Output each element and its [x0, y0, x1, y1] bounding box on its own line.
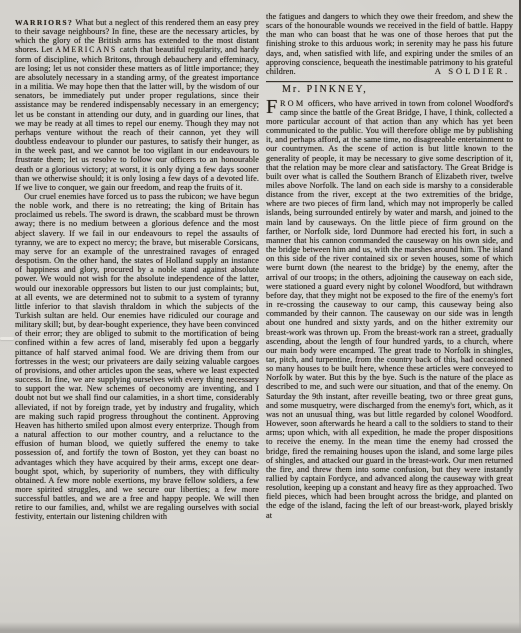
paragraph-rubicon: Our cruel enemies have forced us to pass…: [15, 192, 259, 522]
paragraph-great-bridge-account: FROM officers, who have arrived in town …: [266, 99, 513, 520]
page-bottom-edge-shadow: [0, 622, 521, 633]
paragraph-warriors: WARRIORS? What but a neglect of this ren…: [15, 18, 259, 192]
from-lead-word: ROM: [280, 99, 306, 108]
warriors-lead-word: WARRIORS?: [15, 18, 73, 27]
paragraph-text: catch that beautiful regularity, and har…: [15, 45, 259, 191]
paper-scratch-mark: [0, 337, 14, 340]
newspaper-page: WARRIORS? What but a neglect of this ren…: [0, 0, 521, 633]
paragraph-text: officers, who have arrived in town from …: [266, 99, 513, 520]
drop-cap-letter: F: [266, 99, 280, 116]
left-column: WARRIORS? What but a neglect of this ren…: [15, 18, 259, 522]
section-divider-rule: [266, 81, 513, 82]
right-column: the fatigues and dangers to which they o…: [266, 12, 513, 520]
americans-word: AMERICANS: [55, 45, 117, 54]
signature-a-soldier: A SOLDIER.: [266, 67, 513, 76]
letter-salutation: Mr. PINKNEY,: [282, 84, 513, 95]
